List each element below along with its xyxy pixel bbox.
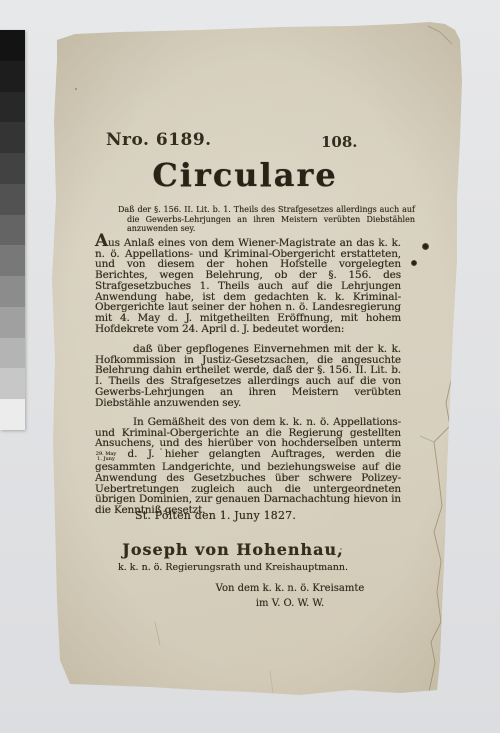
paper-speck (75, 88, 77, 90)
ink-stain (411, 260, 417, 266)
ink-stain (422, 243, 429, 250)
grayscale-calibration-bar (0, 30, 25, 430)
paper-sheet (40, 18, 475, 710)
paper-speck (227, 256, 229, 258)
paper-speck (340, 548, 342, 550)
paper-speck (160, 448, 162, 450)
paper-crack-svg (40, 18, 475, 710)
